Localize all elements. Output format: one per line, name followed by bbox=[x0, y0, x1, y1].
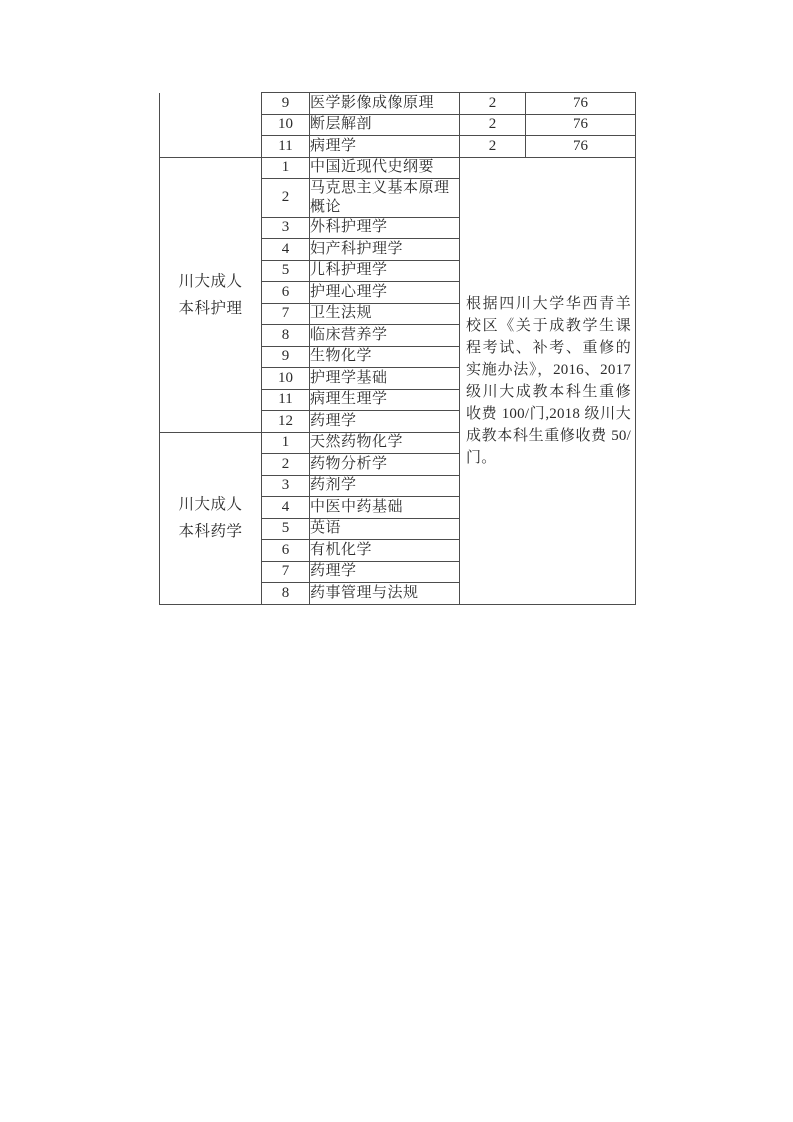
course-cell: 医学影像成像原理 bbox=[310, 93, 460, 115]
row-number-cell: 2 bbox=[262, 179, 310, 218]
course-cell: 有机化学 bbox=[310, 540, 460, 562]
course-cell: 断层解剖 bbox=[310, 114, 460, 136]
course-cell: 马克思主义基本原理概论 bbox=[310, 179, 460, 218]
course-cell: 生物化学 bbox=[310, 346, 460, 368]
hours-cell: 76 bbox=[526, 136, 636, 158]
row-number-cell: 11 bbox=[262, 136, 310, 158]
course-cell: 中国近现代史纲要 bbox=[310, 157, 460, 179]
course-cell: 儿科护理学 bbox=[310, 260, 460, 282]
document-page: 9医学影像成像原理27610断层解剖27611病理学276川大成人本科护理1中国… bbox=[0, 0, 793, 1122]
program-cell: 川大成人本科药学 bbox=[160, 432, 262, 604]
row-number-cell: 3 bbox=[262, 217, 310, 239]
program-label: 川大成人本科药学 bbox=[178, 491, 244, 545]
course-cell: 中医中药基础 bbox=[310, 497, 460, 519]
course-cell: 天然药物化学 bbox=[310, 432, 460, 454]
course-cell: 护理学基础 bbox=[310, 368, 460, 390]
row-number-cell: 1 bbox=[262, 432, 310, 454]
course-table-body: 9医学影像成像原理27610断层解剖27611病理学276川大成人本科护理1中国… bbox=[160, 93, 636, 605]
course-cell: 妇产科护理学 bbox=[310, 239, 460, 261]
table-row: 9医学影像成像原理276 bbox=[160, 93, 636, 115]
row-number-cell: 5 bbox=[262, 518, 310, 540]
hours-cell: 76 bbox=[526, 114, 636, 136]
program-cell: 川大成人本科护理 bbox=[160, 157, 262, 432]
row-number-cell: 9 bbox=[262, 346, 310, 368]
row-number-cell: 8 bbox=[262, 325, 310, 347]
program-cell-continuation bbox=[160, 93, 262, 158]
row-number-cell: 6 bbox=[262, 282, 310, 304]
note-text: 根据四川大学华西青羊校区《关于成教学生课程考试、补考、重修的实施办法》，2016… bbox=[460, 293, 635, 469]
course-cell: 病理学 bbox=[310, 136, 460, 158]
credit-cell: 2 bbox=[460, 114, 526, 136]
row-number-cell: 9 bbox=[262, 93, 310, 115]
note-cell: 根据四川大学华西青羊校区《关于成教学生课程考试、补考、重修的实施办法》，2016… bbox=[460, 157, 636, 604]
course-cell: 卫生法规 bbox=[310, 303, 460, 325]
course-cell: 药事管理与法规 bbox=[310, 583, 460, 605]
course-cell: 临床营养学 bbox=[310, 325, 460, 347]
course-cell: 药理学 bbox=[310, 411, 460, 433]
course-cell: 药剂学 bbox=[310, 475, 460, 497]
table-row: 川大成人本科护理1中国近现代史纲要根据四川大学华西青羊校区《关于成教学生课程考试… bbox=[160, 157, 636, 179]
row-number-cell: 7 bbox=[262, 561, 310, 583]
course-cell: 病理生理学 bbox=[310, 389, 460, 411]
row-number-cell: 5 bbox=[262, 260, 310, 282]
credit-cell: 2 bbox=[460, 93, 526, 115]
row-number-cell: 7 bbox=[262, 303, 310, 325]
course-cell: 英语 bbox=[310, 518, 460, 540]
row-number-cell: 3 bbox=[262, 475, 310, 497]
row-number-cell: 2 bbox=[262, 454, 310, 476]
row-number-cell: 11 bbox=[262, 389, 310, 411]
course-table: 9医学影像成像原理27610断层解剖27611病理学276川大成人本科护理1中国… bbox=[159, 92, 636, 605]
row-number-cell: 10 bbox=[262, 114, 310, 136]
hours-cell: 76 bbox=[526, 93, 636, 115]
row-number-cell: 12 bbox=[262, 411, 310, 433]
row-number-cell: 1 bbox=[262, 157, 310, 179]
row-number-cell: 6 bbox=[262, 540, 310, 562]
row-number-cell: 10 bbox=[262, 368, 310, 390]
course-cell: 药理学 bbox=[310, 561, 460, 583]
program-label: 川大成人本科护理 bbox=[178, 268, 244, 322]
row-number-cell: 4 bbox=[262, 239, 310, 261]
course-cell: 护理心理学 bbox=[310, 282, 460, 304]
row-number-cell: 4 bbox=[262, 497, 310, 519]
row-number-cell: 8 bbox=[262, 583, 310, 605]
course-cell: 药物分析学 bbox=[310, 454, 460, 476]
course-cell: 外科护理学 bbox=[310, 217, 460, 239]
credit-cell: 2 bbox=[460, 136, 526, 158]
